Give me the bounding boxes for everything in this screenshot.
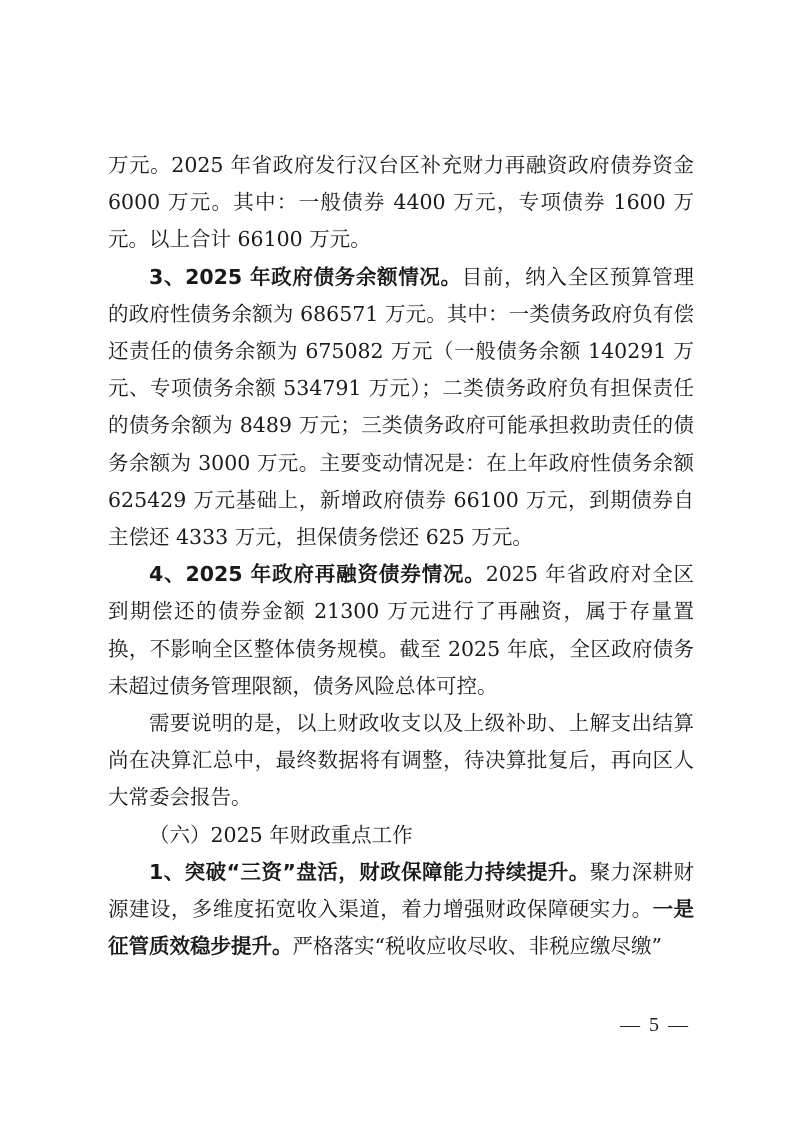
- document-page: 万元。2025 年省政府发行汉台区补充财力再融资政府债券资金 6000 万元。其…: [0, 0, 793, 1122]
- paragraph-note: 需要说明的是，以上财政收支以及上级补助、上解支出结算尚在决算汇总中，最终数据将有…: [108, 705, 694, 817]
- paragraph-text: 严格落实“税收应收尽收、非税应缴尽缴”: [293, 934, 662, 958]
- subsection-title-text: （六）2025 年财政重点工作: [149, 823, 413, 847]
- paragraph-bond-issuance-summary: 万元。2025 年省政府发行汉台区补充财力再融资政府债券资金 6000 万元。其…: [108, 147, 694, 259]
- section-heading-key-work-1: 1、突破“三资”盘活，财政保障能力持续提升。: [149, 860, 590, 884]
- paragraph-refinancing-bonds: 4、2025 年政府再融资债券情况。2025 年省政府对全区到期偿还的债券金额 …: [108, 556, 694, 705]
- document-body: 万元。2025 年省政府发行汉台区补充财力再融资政府债券资金 6000 万元。其…: [108, 147, 694, 965]
- page-number: — 5 —: [620, 1014, 690, 1037]
- section-heading-refinancing-bonds: 4、2025 年政府再融资债券情况。: [149, 562, 486, 586]
- paragraph-text: 万元。2025 年省政府发行汉台区补充财力再融资政府债券资金 6000 万元。其…: [108, 153, 694, 251]
- paragraph-text: 目前，纳入全区预算管理的政府性债务余额为 686571 万元。其中：一类债务政府…: [108, 265, 694, 549]
- section-heading-debt-balance: 3、2025 年政府债务余额情况。: [149, 265, 462, 289]
- paragraph-text: 需要说明的是，以上财政收支以及上级补助、上解支出结算尚在决算汇总中，最终数据将有…: [108, 711, 694, 809]
- paragraph-debt-balance: 3、2025 年政府债务余额情况。目前，纳入全区预算管理的政府性债务余额为 68…: [108, 259, 694, 557]
- subsection-title-key-work: （六）2025 年财政重点工作: [108, 817, 694, 854]
- paragraph-key-work-1: 1、突破“三资”盘活，财政保障能力持续提升。聚力深耕财源建设，多维度拓宽收入渠道…: [108, 854, 694, 966]
